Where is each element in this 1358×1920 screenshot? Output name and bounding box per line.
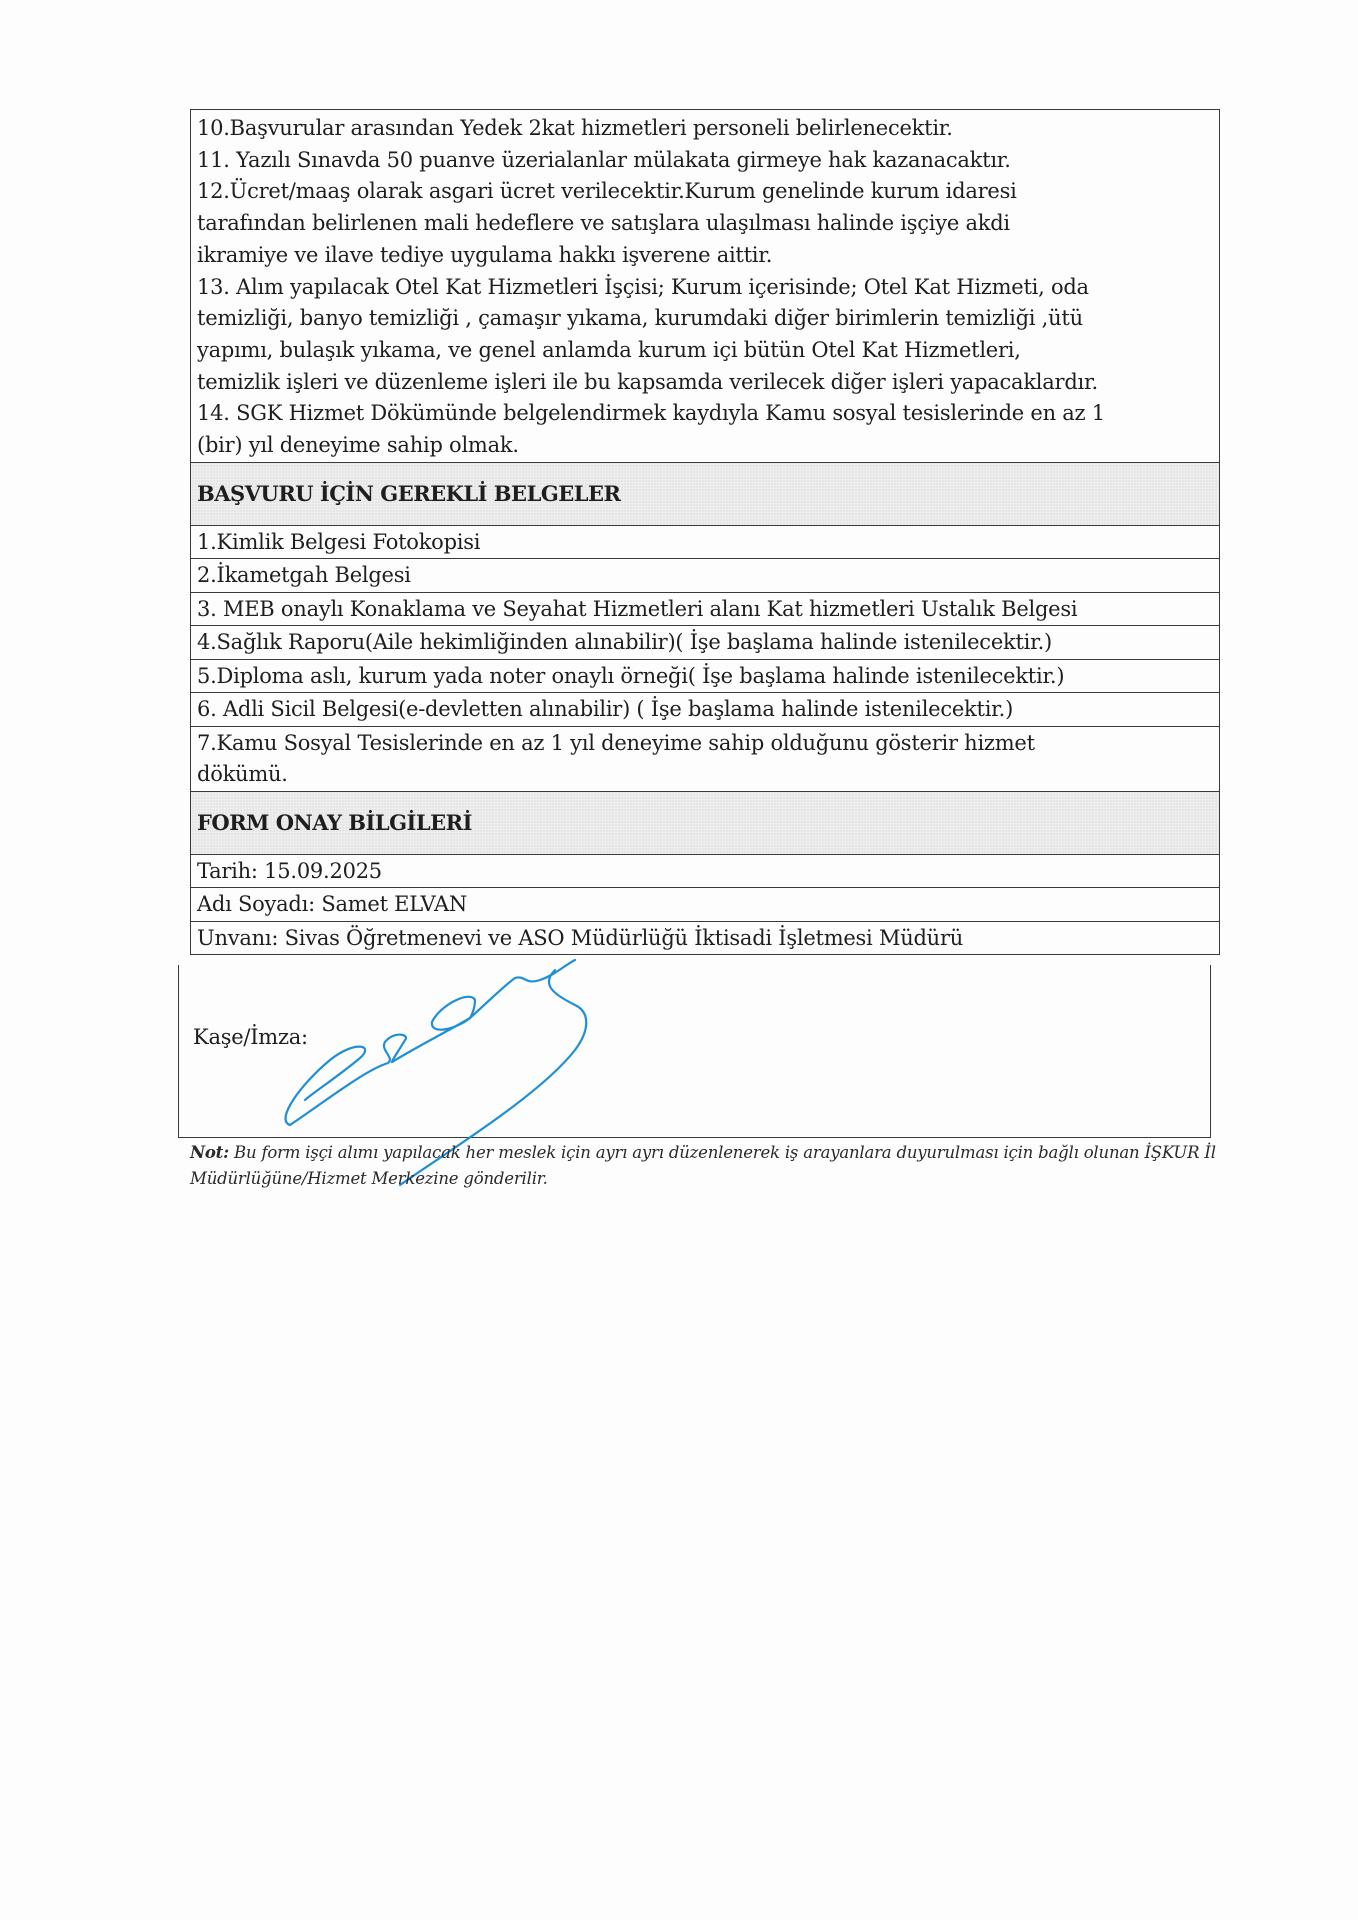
condition-line: 13. Alım yapılacak Otel Kat Hizmetleri İ… [197,272,1213,304]
section-header-required-documents: BAŞVURU İÇİN GEREKLİ BELGELER [191,463,1219,526]
document-item: 6. Adli Sicil Belgesi(e-devletten alınab… [191,693,1219,727]
condition-line: ikramiye ve ilave tediye uygulama hakkı … [197,240,1213,272]
condition-line: 14. SGK Hizmet Dökümünde belgelendirmek … [197,398,1213,430]
condition-line: yapımı, bulaşık yıkama, ve genel anlamda… [197,335,1213,367]
document-item: 3. MEB onaylı Konaklama ve Seyahat Hizme… [191,593,1219,627]
document-item: 4.Sağlık Raporu(Aile hekimliğinden alına… [191,626,1219,660]
condition-line: tarafından belirlenen mali hedeflere ve … [197,208,1213,240]
document-item: 7.Kamu Sosyal Tesislerinde en az 1 yıl d… [191,727,1219,792]
conditions-block: 10.Başvurular arasından Yedek 2kat hizme… [191,110,1219,463]
note-text: Bu form işçi alımı yapılacak her meslek … [190,1143,1216,1188]
footer-note: Not: Bu form işçi alımı yapılacak her me… [190,1140,1230,1192]
document-page: 10.Başvurular arasından Yedek 2kat hizme… [0,0,1358,1920]
condition-line: 11. Yazılı Sınavda 50 puanve üzerialanla… [197,145,1213,177]
approval-date: Tarih: 15.09.2025 [191,855,1219,889]
approval-position: Unvanı: Sivas Öğretmenevi ve ASO Müdürlü… [191,922,1219,956]
section-header-form-approval: FORM ONAY BİLGİLERİ [191,792,1219,855]
approval-name: Adı Soyadı: Samet ELVAN [191,888,1219,922]
condition-line: temizlik işleri ve düzenleme işleri ile … [197,367,1213,399]
document-item: 2.İkametgah Belgesi [191,559,1219,593]
note-label: Not: [190,1143,229,1162]
condition-line: 10.Başvurular arasından Yedek 2kat hizme… [197,113,1213,145]
stamp-signature-label: Kaşe/İmza: [193,1025,308,1049]
condition-line: temizliği, banyo temizliği , çamaşır yık… [197,303,1213,335]
condition-line: (bir) yıl deneyime sahip olmak. [197,430,1213,462]
document-item: 1.Kimlik Belgesi Fotokopisi [191,526,1219,560]
document-item: 5.Diploma aslı, kurum yada noter onaylı … [191,660,1219,694]
stamp-signature-box: Kaşe/İmza: [178,965,1211,1138]
condition-line: 12.Ücret/maaş olarak asgari ücret verile… [197,176,1213,208]
job-posting-form: 10.Başvurular arasından Yedek 2kat hizme… [190,109,1220,955]
